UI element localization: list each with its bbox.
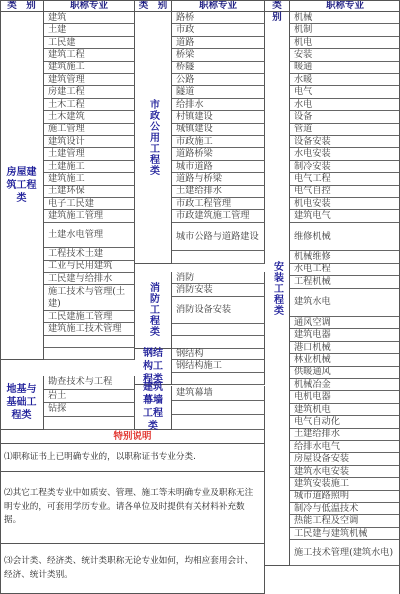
- specialty-cell: 土建水电管理: [44, 223, 135, 248]
- specialty-cell: 桥梁: [172, 49, 265, 61]
- specialty-cell: 水电安装: [290, 148, 400, 160]
- specialty-cell: 机械维修: [290, 251, 400, 263]
- specialty-cell: [44, 336, 135, 348]
- specialty-cell: 钻探: [44, 403, 135, 417]
- specialty-cell: 工民建: [44, 37, 135, 49]
- specialty-cell: 电气: [290, 86, 400, 98]
- specialty-cell: 管道: [290, 124, 400, 136]
- specialty-cell: 林业机械: [290, 354, 400, 366]
- specialty-cell: 公路: [172, 74, 265, 86]
- specialty-cell: 给排水: [172, 99, 265, 111]
- specialty-cell: 电机电器: [290, 391, 400, 403]
- specialty-cell: 水电工程: [290, 264, 400, 276]
- specialty-cell: [172, 336, 265, 348]
- specialty-cell: 建筑设计: [44, 136, 135, 148]
- category-label-fire: 消防工程类: [135, 272, 172, 349]
- specialty-cell: 房屋设备安装: [290, 453, 400, 465]
- specialty-cell: [172, 324, 265, 336]
- note-3: ⑶会计类、经济类、统计类职称无论专业如何，均相应套用会计、经济、统计类别。: [0, 544, 265, 594]
- specialty-cell: 制冷安装: [290, 161, 400, 173]
- specialty-cell: 建筑水电: [290, 289, 400, 318]
- specialty-cell: 机制: [290, 24, 400, 36]
- specialty-cell: 消防安装: [172, 284, 265, 296]
- specialty-cell: 建筑水电安装: [290, 466, 400, 478]
- specialty-cell: [44, 348, 135, 360]
- specialty-cell: 市政: [172, 24, 265, 36]
- specialty-cell: 道路: [172, 37, 265, 49]
- specialty-cell: [172, 373, 265, 385]
- specialty-cell: 市政施工: [172, 136, 265, 148]
- specialty-cell: 建筑工程: [44, 49, 135, 61]
- specialty-cell: 市政建筑施工管理: [172, 210, 265, 222]
- specialty-cell: [172, 401, 265, 416]
- specialty-cell: 水暖: [290, 74, 400, 86]
- table-left-border: [0, 0, 1, 594]
- specialty-cell: 建筑电气: [290, 210, 400, 222]
- category-label-installation: 安装工程类: [265, 12, 290, 566]
- header-specialty-3: 职称专业: [290, 0, 400, 12]
- category-label-municipal: 市政公用工程类: [135, 12, 172, 264]
- specialty-cell: 通风空调: [290, 317, 400, 329]
- specialty-cell: 岩土: [44, 390, 135, 404]
- specialty-cell: 供暖通风: [290, 367, 400, 379]
- specialty-cell: 工程技术土建: [44, 248, 135, 260]
- header-specialty-2: 职称专业: [172, 0, 265, 12]
- specialty-cell: 建筑施工: [44, 62, 135, 74]
- specialty-cell: 设备: [290, 111, 400, 123]
- specialty-cell: 工程机械: [290, 276, 400, 288]
- header-specialty-1: 职称专业: [44, 0, 135, 12]
- specialty-cell: 建筑施工管理: [44, 210, 135, 222]
- specialty-cell: 隧道: [172, 86, 265, 98]
- specialty-cell: 建筑幕墙: [172, 386, 265, 401]
- specialty-cell: 暖通: [290, 62, 400, 74]
- specialty-cell: 给排水电气: [290, 441, 400, 453]
- specialty-cell: 设备安装: [290, 136, 400, 148]
- specialty-cell: 工民建与给排水: [44, 273, 135, 285]
- specialty-cell: [44, 417, 135, 431]
- header-category-3: 类 别: [265, 0, 290, 12]
- table-top-border: [0, 0, 400, 1]
- specialty-cell: 施工技术与管理(土建): [44, 285, 135, 310]
- specialty-cell: 维修机械: [290, 223, 400, 252]
- specialty-cell: 建筑电器: [290, 329, 400, 341]
- specialty-cell: 建筑: [44, 12, 135, 24]
- notes-right-border: [264, 430, 265, 594]
- specialty-cell: 土建: [44, 24, 135, 36]
- specialty-cell: 土建给排水: [290, 429, 400, 441]
- specialty-cell: 施工技术管理(建筑水电): [290, 540, 400, 566]
- specialty-cell: [172, 251, 265, 263]
- specialty-cell: 道路与桥梁: [172, 173, 265, 185]
- category-label-curtain: 建筑幕墙工程类: [135, 386, 172, 430]
- specialty-cell: 桥隧: [172, 62, 265, 74]
- specialty-cell: 建筑施工: [44, 173, 135, 185]
- specialty-cell: 城市公路与道路建设: [172, 223, 265, 252]
- specialty-cell: 土建给排水: [172, 186, 265, 198]
- specialty-cell: 城市道路照明: [290, 491, 400, 503]
- specialty-cell: 机电: [290, 37, 400, 49]
- specialty-cell: 电气自控: [290, 186, 400, 198]
- specialty-cell: 城市道路: [172, 161, 265, 173]
- specialty-cell: 路桥: [172, 12, 265, 24]
- specialty-cell: 土木工程: [44, 99, 135, 111]
- specialty-cell: 土建管理: [44, 148, 135, 160]
- category-label-building: 房屋建筑工程类: [0, 12, 44, 360]
- specialty-cell: 消防设备安装: [172, 297, 265, 324]
- specialty-classification-table: 类 别 职称专业 类 别 职称专业 类 别 职称专业 建筑土建工民建建筑工程建筑…: [0, 0, 400, 594]
- header-category-2: 类 别: [135, 0, 172, 12]
- specialty-cell: 房建工程: [44, 86, 135, 98]
- specialty-cell: 建筑安装施工: [290, 478, 400, 490]
- category-label-steel: 钢结构工程类: [135, 348, 172, 385]
- header-category-1: 类 别: [0, 0, 44, 12]
- specialty-cell: 机械冶金: [290, 379, 400, 391]
- specialty-cell: 水电: [290, 99, 400, 111]
- specialty-cell: 建筑机电: [290, 404, 400, 416]
- specialty-cell: 制冷与低温技术: [290, 503, 400, 515]
- notes-title: 特别说明: [0, 430, 265, 444]
- specialty-cell: 电气自动化: [290, 416, 400, 428]
- specialty-cell: 工民建施工管理: [44, 311, 135, 323]
- specialty-cell: 市政工程管理: [172, 198, 265, 210]
- specialty-cell: 勘查技术与工程: [44, 376, 135, 390]
- specialty-cell: 机械: [290, 12, 400, 24]
- specialty-cell: 施工管理: [44, 124, 135, 136]
- specialty-cell: 消防: [172, 272, 265, 284]
- specialty-cell: 安装: [290, 49, 400, 61]
- specialty-cell: 工民建与建筑机械: [290, 528, 400, 540]
- specialty-cell: 机电安装: [290, 198, 400, 210]
- specialty-cell: 建筑管理: [44, 74, 135, 86]
- specialty-cell: 钢结构: [172, 348, 265, 360]
- specialty-cell: 工业与民用建筑: [44, 261, 135, 273]
- specialty-cell: [172, 415, 265, 430]
- specialty-cell: 道路桥梁: [172, 148, 265, 160]
- note-2: ⑵其它工程类专业中如质安、管理、施工等未明确专业及职称无注明专业的，可套用学历专…: [0, 472, 265, 544]
- specialty-cell: 电气工程: [290, 173, 400, 185]
- specialty-cell: 钢结构施工: [172, 360, 265, 372]
- category-label-foundation: 地基与基础工程类: [0, 376, 44, 430]
- specialty-cell: 土木建筑: [44, 111, 135, 123]
- specialty-cell: 港口机械: [290, 342, 400, 354]
- specialty-cell: 热能工程及空调: [290, 515, 400, 527]
- specialty-cell: 电子工民建: [44, 198, 135, 210]
- note-1: ⑴职称证书上已明确专业的，以职称证书专业分类.: [0, 444, 265, 472]
- specialty-cell: 建筑施工技术管理: [44, 323, 135, 335]
- specialty-cell: 土建环保: [44, 186, 135, 198]
- specialty-cell: 土建施工: [44, 161, 135, 173]
- specialty-cell: 城镇建设: [172, 124, 265, 136]
- specialty-cell: 村镇建设: [172, 111, 265, 123]
